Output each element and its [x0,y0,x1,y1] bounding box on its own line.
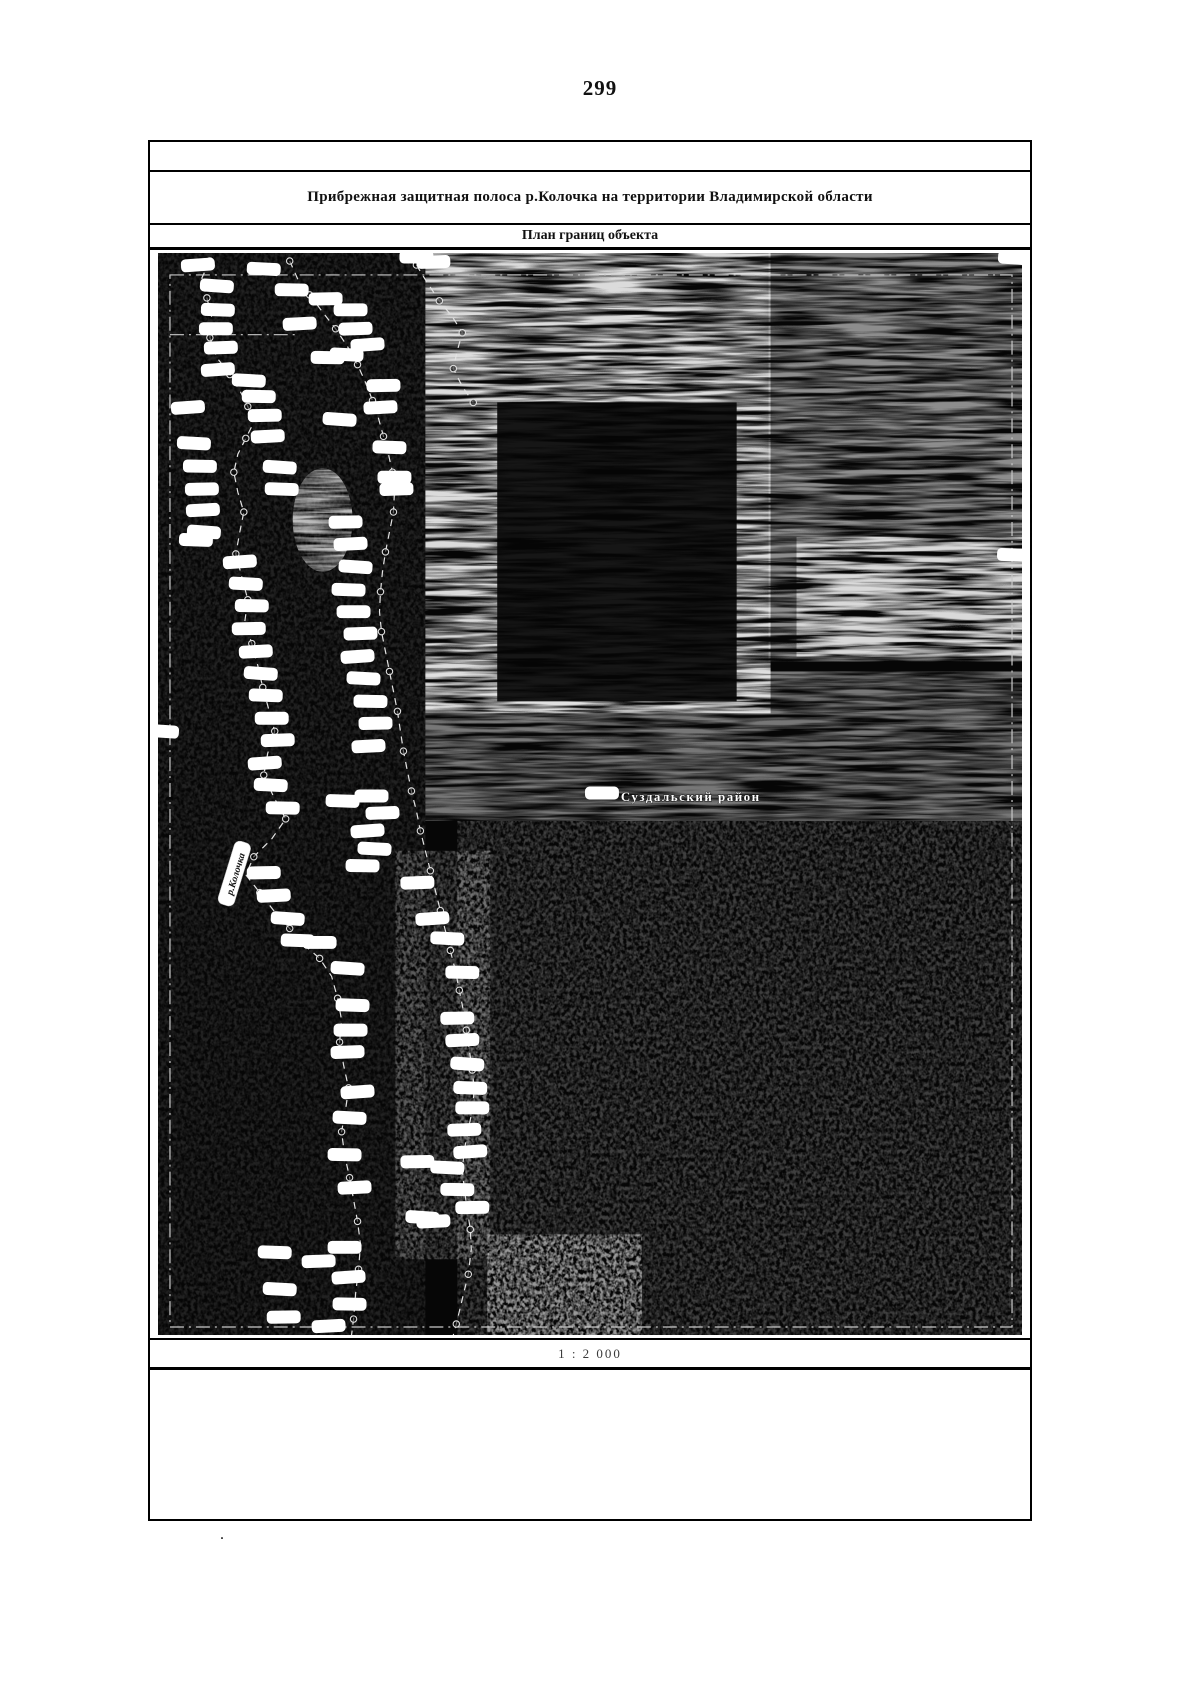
page-number: 299 [0,76,1200,101]
boundary-point-label [379,482,413,496]
boundary-point-label [997,548,1022,562]
boundary-point-label [445,1033,480,1048]
boundary-point-label [355,790,389,803]
boundary-vertex [272,728,278,734]
boundary-point-label [447,1123,481,1137]
boundary-point-label [337,605,371,618]
boundary-point-label [204,341,238,355]
boundary-vertex [350,1316,356,1322]
boundary-point-label [338,322,372,336]
boundary-point-label [229,576,264,591]
boundary-point-label [416,255,450,269]
boundary-vertex [336,1039,342,1045]
boundary-vertex [453,1321,459,1327]
boundary-point-label [585,787,619,800]
stray-mark: . [220,1526,224,1544]
boundary-point-label [177,436,212,451]
boundary-point-label [337,1180,372,1195]
boundary-point-label [232,622,266,636]
boundary-point-label [255,712,289,725]
boundary-vertex [338,1129,344,1135]
boundary-point-label [440,1011,474,1025]
boundary-point-label [270,911,305,926]
boundary-vertex [251,854,257,860]
boundary-vertex [380,433,386,439]
boundary-vertex [287,258,293,264]
boundary-vertex [463,1027,469,1033]
boundary-vertex [382,549,388,555]
boundary-point-label [311,1319,346,1334]
boundary-point-label [363,400,398,415]
boundary-vertex [261,772,267,778]
boundary-point-label [405,1210,440,1225]
plan-subtitle: План границ объекта [522,228,658,244]
boundary-vertex [346,1174,352,1180]
boundary-vertex [245,403,251,409]
boundary-vertex [400,748,406,754]
boundary-point-label [275,283,309,297]
boundary-point-label [242,390,276,404]
boundary-point-label [350,823,385,838]
boundary-vertex [467,1226,473,1232]
boundary-point-label [328,1241,362,1254]
boundary-vertex [207,334,213,340]
boundary-vertex [378,628,384,634]
boundary-point-label [262,460,297,475]
boundary-vertex [390,509,396,515]
boundary-point-label [345,859,379,873]
boundary-point-label [340,649,375,664]
boundary-point-label [266,801,300,815]
boundary-point-label [334,1024,368,1037]
boundary-point-label [232,373,267,388]
scale-row: 1 : 2 000 [150,1340,1030,1370]
boundary-vertex [204,295,210,301]
boundary-point-label [256,888,291,903]
plan-sheet-frame: Прибрежная защитная полоса р.Колочка на … [148,140,1032,1521]
boundary-point-label [450,1056,485,1071]
boundary-point-label [311,351,345,365]
boundary-point-label [185,482,219,496]
footer-empty-row [150,1370,1030,1519]
boundary-vertex [241,509,247,515]
boundary-point-label [199,278,234,293]
boundary-point-label [353,695,387,709]
scale-label: 1 : 2 000 [558,1346,622,1362]
plan-title-row: Прибрежная защитная полоса р.Колочка на … [150,172,1030,225]
boundary-point-label [238,644,273,659]
boundary-point-label [262,1282,297,1297]
boundary-vertex [470,399,476,405]
boundary-vertex [354,1218,360,1224]
boundary-point-label [179,533,213,547]
boundary-point-label [358,716,392,730]
boundary-point-label [455,1101,489,1114]
boundary-point-label [200,362,235,377]
boundary-vertex [417,828,423,834]
boundary-vertex [354,361,360,367]
boundary-vertex [436,298,442,304]
boundary-point-label [235,599,269,613]
boundary-vertex [394,708,400,714]
map-row: Суздальский районр.Колочка [150,250,1030,1340]
boundary-point-label [343,627,377,641]
boundary-vertex [243,435,249,441]
boundary-point-label [199,322,233,335]
boundary-point-label [328,515,362,529]
boundary-point-label [335,998,369,1012]
boundary-point-label [303,936,337,949]
boundary-vertex [456,987,462,993]
boundary-point-label [430,931,465,946]
boundary-point-label [340,1084,375,1099]
map-canvas: Суздальский районр.Колочка [158,253,1022,1335]
boundary-point-label [365,806,399,820]
boundary-vertex [332,326,338,332]
boundary-point-label [243,666,278,681]
boundary-point-label [346,671,381,686]
boundary-point-label [330,961,365,976]
boundary-point-label [258,1245,292,1259]
boundary-vertex [450,365,456,371]
boundary-point-label [171,400,206,415]
boundary-point-label [334,303,368,316]
plan-title: Прибрежная защитная полоса р.Колочка на … [307,189,873,206]
boundary-point-label [400,876,434,890]
boundary-point-label [331,583,365,597]
boundary-point-label [247,866,281,880]
boundary-point-label [186,503,221,518]
boundary-point-label [445,966,479,980]
boundary-point-label [322,412,357,427]
boundary-point-label [331,1270,366,1285]
boundary-point-label [453,1144,488,1159]
boundary-point-label [415,911,450,926]
boundary-point-label [265,482,299,496]
boundary-point-label [455,1201,489,1215]
boundary-point-label [333,537,368,552]
boundary-vertex [287,925,293,931]
boundary-point-label [351,739,386,754]
boundary-point-label [261,733,295,747]
plan-subtitle-row: План границ объекта [150,225,1030,250]
boundary-point-label [332,1297,366,1311]
boundary-vertex [427,868,433,874]
boundary-point-label [338,559,373,574]
boundary-point-label [377,471,411,484]
boundary-point-label [201,303,235,317]
boundary-point-label [453,1081,487,1095]
boundary-point-label [330,1045,364,1059]
boundary-point-label [250,429,285,444]
boundary-vertex [408,788,414,794]
boundary-point-label [181,257,216,272]
boundary-vertex [316,955,322,961]
aerial-photo-map: Суздальский районр.Колочка [158,253,1022,1335]
boundary-point-label [357,841,392,856]
boundary-vertex [459,330,465,336]
boundary-point-label [222,554,257,569]
district-label: Суздальский район [621,789,761,804]
boundary-point-label [440,1183,474,1197]
header-empty-row [150,142,1030,172]
boundary-point-label [400,1155,434,1169]
boundary-point-label [332,1110,367,1125]
boundary-vertex [465,1271,471,1277]
boundary-point-label [246,262,281,277]
boundary-vertex [447,947,453,953]
boundary-point-label [301,1254,335,1268]
boundary-vertex [231,469,237,475]
boundary-point-label [253,778,288,793]
boundary-vertex [386,668,392,674]
boundary-point-label [247,755,282,770]
boundary-point-label [366,379,400,393]
boundary-point-label [282,316,317,331]
boundary-point-label [372,440,406,454]
boundary-point-label [248,409,282,423]
boundary-point-label [249,688,283,702]
boundary-point-label [183,459,217,473]
boundary-point-label [430,1160,465,1175]
boundary-vertex [377,589,383,595]
boundary-point-label [327,1148,361,1162]
boundary-point-label [267,1310,301,1324]
boundary-vertex [283,816,289,822]
